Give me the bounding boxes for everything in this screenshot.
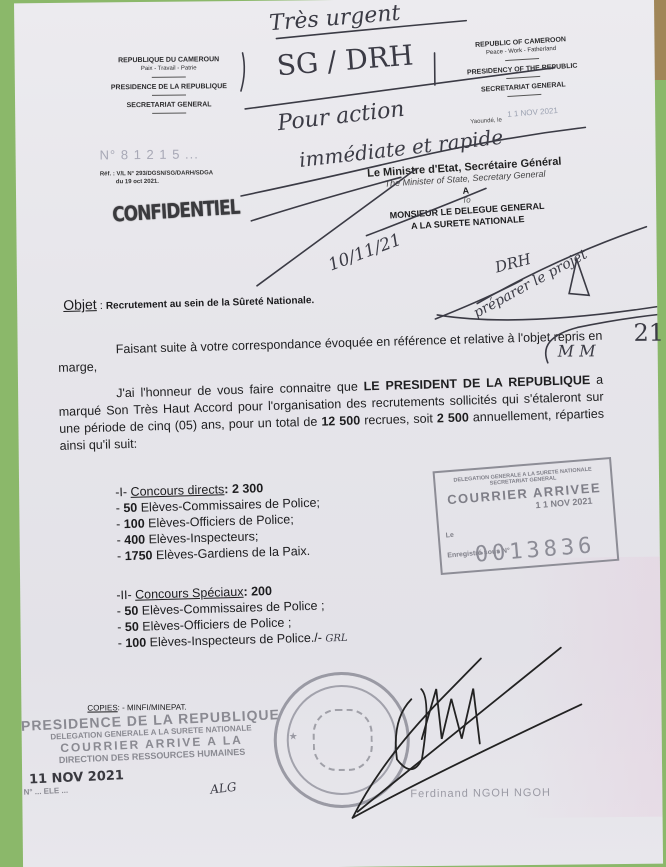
reference-line-2: du 19 oct 2021. (100, 177, 213, 186)
date-stamp: 1 1 NOV 2021 (507, 106, 558, 119)
p2-annual: 2 500 (437, 410, 469, 425)
header-right: REPUBLIC OF CAMEROON Peace - Work - Fath… (438, 33, 607, 106)
p2-total: 12 500 (321, 413, 360, 428)
reference-line: Réf. : V/L N° 293/DGSN/SG/DARH/SDGA du 1… (100, 169, 213, 186)
list-concours-speciaux: -II- Concours Spéciaux: 200 - 50 Elèves-… (116, 581, 348, 653)
subject-text: Recrutement au sein de la Sûreté Nationa… (106, 295, 315, 312)
official-seal: ★ (273, 671, 410, 808)
subject-label: Objet (63, 296, 97, 313)
letter-page: REPUBLIQUE DU CAMEROUN Paix - Travail - … (14, 0, 663, 867)
handwriting-drh: DRH (493, 250, 533, 277)
divider (152, 77, 186, 78)
signatory-name: Ferdinand NGOH NGOH (410, 787, 551, 800)
paragraph-2: J'ai l'honneur de vous faire connaitre q… (58, 372, 605, 455)
divider (506, 76, 540, 79)
presidence-stamp: PRESIDENCE DE LA REPUBLIQUE DELEGATION G… (20, 706, 283, 797)
seal-emblem (312, 709, 373, 772)
star-icon: ★ (289, 731, 298, 742)
light-tint (520, 557, 663, 818)
divider (152, 95, 186, 96)
copies-label: COPIES (87, 703, 117, 712)
subject-separator: : (97, 300, 107, 312)
header-left: REPUBLIQUE DU CAMEROUN Paix - Travail - … (89, 55, 250, 120)
handwritten-initials: GRL (325, 633, 347, 645)
p2-text-c: recrues, soit (360, 411, 437, 427)
subject-line: Objet : Recrutement au sein de la Sûreté… (63, 290, 314, 313)
divider (152, 113, 186, 114)
office-fr: PRESIDENCE DE LA REPUBLIQUE (89, 82, 249, 93)
handwriting-stamp-initials: ALG (210, 780, 238, 797)
list-concours-directs: -I- Concours directs: 2 300 - 50 Elèves-… (115, 479, 321, 565)
handwriting-initials: M M (558, 341, 596, 360)
reference-number: N° 8 1 2 1 5 ... (100, 146, 199, 162)
handwriting-sg-drh: SG / DRH (276, 38, 415, 82)
department-fr: SECRETARIAT GENERAL (89, 100, 249, 111)
handwriting-number: 21 (633, 319, 664, 347)
divider (505, 58, 539, 61)
handwriting-pour-action: Pour action (276, 97, 406, 136)
paragraph-1: Faisant suite à votre correspondance évo… (58, 328, 604, 377)
confidential-stamp: CONFIDENTIEL (112, 196, 241, 228)
paragraph-1-text: Faisant suite à votre correspondance évo… (58, 329, 602, 375)
divider (507, 94, 541, 97)
motto-fr: Paix - Travail - Patrie (89, 64, 249, 75)
stamp-le-label: Le (445, 532, 454, 540)
handwriting-tres-urgent: Très urgent (268, 1, 401, 36)
